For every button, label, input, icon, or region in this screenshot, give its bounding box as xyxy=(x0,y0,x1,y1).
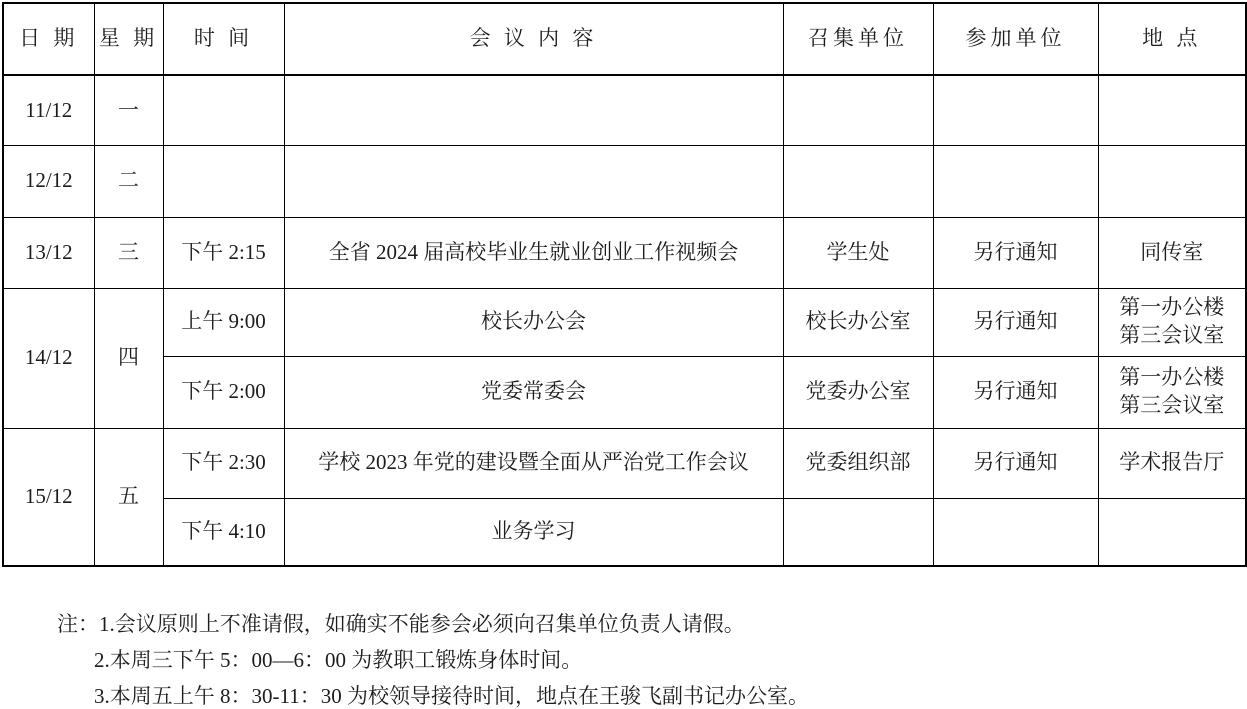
header-week: 星 期 xyxy=(94,3,163,75)
convener-cell: 学生处 xyxy=(783,217,933,288)
note-item-3: 3.本周五上午 8：30-11：30 为校领导接待时间，地点在王骏飞副书记办公室… xyxy=(94,684,809,708)
content-cell xyxy=(284,75,783,145)
participants-cell xyxy=(933,75,1098,145)
location-cell xyxy=(1098,75,1246,145)
location-cell xyxy=(1098,145,1246,217)
location-line-1: 第一办公楼 xyxy=(1103,294,1242,322)
time-cell xyxy=(163,145,284,217)
week-cell: 二 xyxy=(94,145,163,217)
time-cell: 上午 9:00 xyxy=(163,288,284,356)
content-cell: 学校 2023 年党的建设暨全面从严治党工作会议 xyxy=(284,428,783,498)
location-line-2: 第三会议室 xyxy=(1103,392,1242,420)
content-cell: 校长办公会 xyxy=(284,288,783,356)
time-cell xyxy=(163,75,284,145)
convener-cell xyxy=(783,145,933,217)
content-cell xyxy=(284,145,783,217)
location-cell xyxy=(1098,498,1246,566)
participants-cell xyxy=(933,498,1098,566)
location-cell: 学术报告厅 xyxy=(1098,428,1246,498)
time-cell: 下午 2:00 xyxy=(163,356,284,428)
location-cell: 第一办公楼 第三会议室 xyxy=(1098,288,1246,356)
content-cell: 全省 2024 届高校毕业生就业创业工作视频会 xyxy=(284,217,783,288)
content-cell: 业务学习 xyxy=(284,498,783,566)
participants-cell: 另行通知 xyxy=(933,356,1098,428)
header-row: 日 期 星 期 时 间 会 议 内 容 召集单位 参加单位 地 点 xyxy=(3,3,1246,75)
date-cell: 13/12 xyxy=(3,217,94,288)
note-line-3: 3.本周五上午 8：30-11：30 为校领导接待时间，地点在王骏飞副书记办公室… xyxy=(57,678,809,709)
convener-cell: 校长办公室 xyxy=(783,288,933,356)
location-line-1: 第一办公楼 xyxy=(1103,364,1242,392)
convener-cell: 党委办公室 xyxy=(783,356,933,428)
participants-cell: 另行通知 xyxy=(933,217,1098,288)
participants-cell xyxy=(933,145,1098,217)
convener-cell xyxy=(783,498,933,566)
header-convener: 召集单位 xyxy=(783,3,933,75)
header-date: 日 期 xyxy=(3,3,94,75)
content-cell: 党委常委会 xyxy=(284,356,783,428)
schedule-row-friday-pm2: 下午 4:10 业务学习 xyxy=(3,498,1246,566)
location-line-2: 第三会议室 xyxy=(1103,322,1242,350)
document-page: 日 期 星 期 时 间 会 议 内 容 召集单位 参加单位 地 点 11/12 … xyxy=(0,0,1247,709)
date-cell: 11/12 xyxy=(3,75,94,145)
convener-cell xyxy=(783,75,933,145)
note-prefix: 注： xyxy=(57,612,99,636)
location-cell: 同传室 xyxy=(1098,217,1246,288)
note-line-1: 注：1.会议原则上不准请假，如确实不能参会必须向召集单位负责人请假。 xyxy=(57,606,809,642)
week-cell: 三 xyxy=(94,217,163,288)
week-cell: 四 xyxy=(94,288,163,428)
schedule-row-thursday-am: 14/12 四 上午 9:00 校长办公会 校长办公室 另行通知 第一办公楼 第… xyxy=(3,288,1246,356)
note-line-2: 2.本周三下午 5：00—6：00 为教职工锻炼身体时间。 xyxy=(57,642,809,678)
schedule-row-tuesday: 12/12 二 xyxy=(3,145,1246,217)
date-cell: 15/12 xyxy=(3,428,94,566)
header-location: 地 点 xyxy=(1098,3,1246,75)
participants-cell: 另行通知 xyxy=(933,288,1098,356)
schedule-row-monday: 11/12 一 xyxy=(3,75,1246,145)
location-cell: 第一办公楼 第三会议室 xyxy=(1098,356,1246,428)
time-cell: 下午 2:15 xyxy=(163,217,284,288)
schedule-row-friday-pm1: 15/12 五 下午 2:30 学校 2023 年党的建设暨全面从严治党工作会议… xyxy=(3,428,1246,498)
week-cell: 五 xyxy=(94,428,163,566)
schedule-row-thursday-pm: 下午 2:00 党委常委会 党委办公室 另行通知 第一办公楼 第三会议室 xyxy=(3,356,1246,428)
date-cell: 14/12 xyxy=(3,288,94,428)
meeting-schedule-table: 日 期 星 期 时 间 会 议 内 容 召集单位 参加单位 地 点 11/12 … xyxy=(2,2,1247,567)
header-participants: 参加单位 xyxy=(933,3,1098,75)
header-content: 会 议 内 容 xyxy=(284,3,783,75)
schedule-row-wednesday: 13/12 三 下午 2:15 全省 2024 届高校毕业生就业创业工作视频会 … xyxy=(3,217,1246,288)
note-item-2: 2.本周三下午 5：00—6：00 为教职工锻炼身体时间。 xyxy=(94,648,582,672)
participants-cell: 另行通知 xyxy=(933,428,1098,498)
time-cell: 下午 2:30 xyxy=(163,428,284,498)
date-cell: 12/12 xyxy=(3,145,94,217)
week-cell: 一 xyxy=(94,75,163,145)
convener-cell: 党委组织部 xyxy=(783,428,933,498)
header-time: 时 间 xyxy=(163,3,284,75)
time-cell: 下午 4:10 xyxy=(163,498,284,566)
note-item-1: 1.会议原则上不准请假，如确实不能参会必须向召集单位负责人请假。 xyxy=(99,612,745,636)
notes-section: 注：1.会议原则上不准请假，如确实不能参会必须向召集单位负责人请假。 2.本周三… xyxy=(57,606,809,709)
